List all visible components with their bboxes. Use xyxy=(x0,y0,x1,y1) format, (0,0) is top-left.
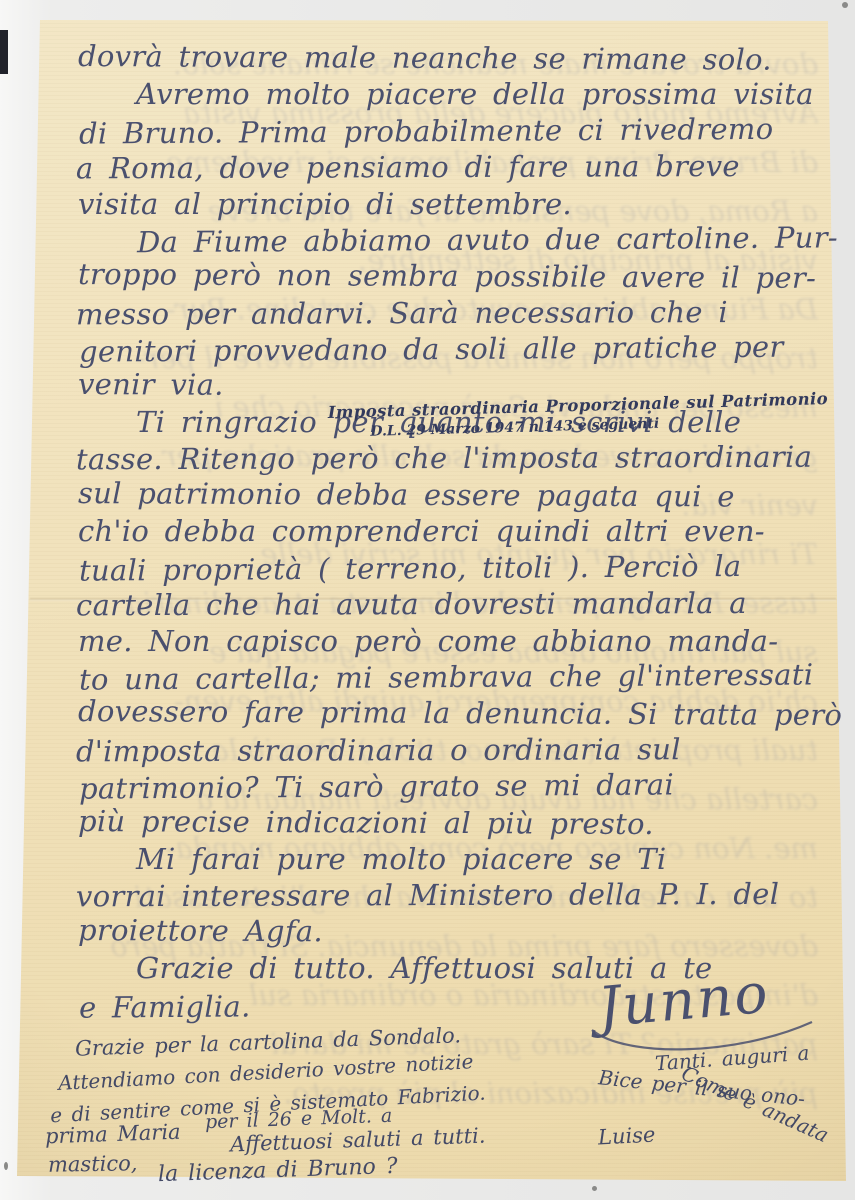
letter-line: troppo però non sembra possibile avere i… xyxy=(78,256,830,296)
letter-line: dovrà trovare male neanche se rimane sol… xyxy=(78,38,830,78)
letter-line: Mi farai pure molto piacere se Ti xyxy=(78,841,830,877)
letter-line: tuali proprietà ( terreno, titoli ). Per… xyxy=(79,547,831,589)
scan-speck xyxy=(4,1162,8,1170)
letter-line: tasse. Ritengo però che l'imposta straor… xyxy=(76,439,828,478)
letter-line: patrimonio? Ti sarò grato se mi darai xyxy=(79,765,831,807)
letter-line: genitori provvedano da soli alle pratich… xyxy=(79,329,831,371)
letter-line: cartella che hai avuta dovresti mandarla… xyxy=(76,585,828,624)
letter-line: a Roma, dove pensiamo di fare una breve xyxy=(76,148,828,187)
scan-artifact-mark xyxy=(0,30,8,74)
letter-line: d'imposta straordinaria o ordinaria sul xyxy=(76,730,828,769)
letter-line: di Bruno. Prima probabilmente ci rivedre… xyxy=(79,110,831,152)
letter-line: dovessero fare prima la denuncia. Si tra… xyxy=(78,693,830,733)
postscript-line: mastico, xyxy=(48,1151,138,1177)
letter-line: messo per andarvi. Sarà necessario che i xyxy=(76,294,828,333)
letter-line: me. Non capisco però come abbiano manda- xyxy=(78,623,830,659)
letter-body: dovrà trovare male neanche se rimane sol… xyxy=(78,40,830,1023)
postscript-line: prima Maria xyxy=(45,1120,181,1149)
letter-line: to una cartella; mi sembrava che gl'inte… xyxy=(79,656,831,698)
letter-line: più precise indicazioni al più presto. xyxy=(78,803,830,843)
letter-line: vorrai interessare al Ministero della P.… xyxy=(76,876,828,915)
letter-line: Da Fiume abbiamo avuto due cartoline. Pu… xyxy=(79,219,831,261)
scan-speck xyxy=(592,1186,597,1191)
letter-line: proiettore Agfa. xyxy=(78,912,830,952)
scan-speck xyxy=(842,2,848,8)
letter-line: Avremo molto piacere della prossima visi… xyxy=(78,76,830,112)
letter-line: sul patrimonio debba essere pagata qui e xyxy=(78,475,830,515)
postscript-line: Luise xyxy=(597,1123,656,1150)
letter-line: ch'io debba comprenderci quindi altri ev… xyxy=(78,513,830,549)
scanned-letter-page: dovrà trovare male neanche se rimane sol… xyxy=(0,0,855,1200)
letter-line: visita al principio di settembre. xyxy=(78,186,830,222)
